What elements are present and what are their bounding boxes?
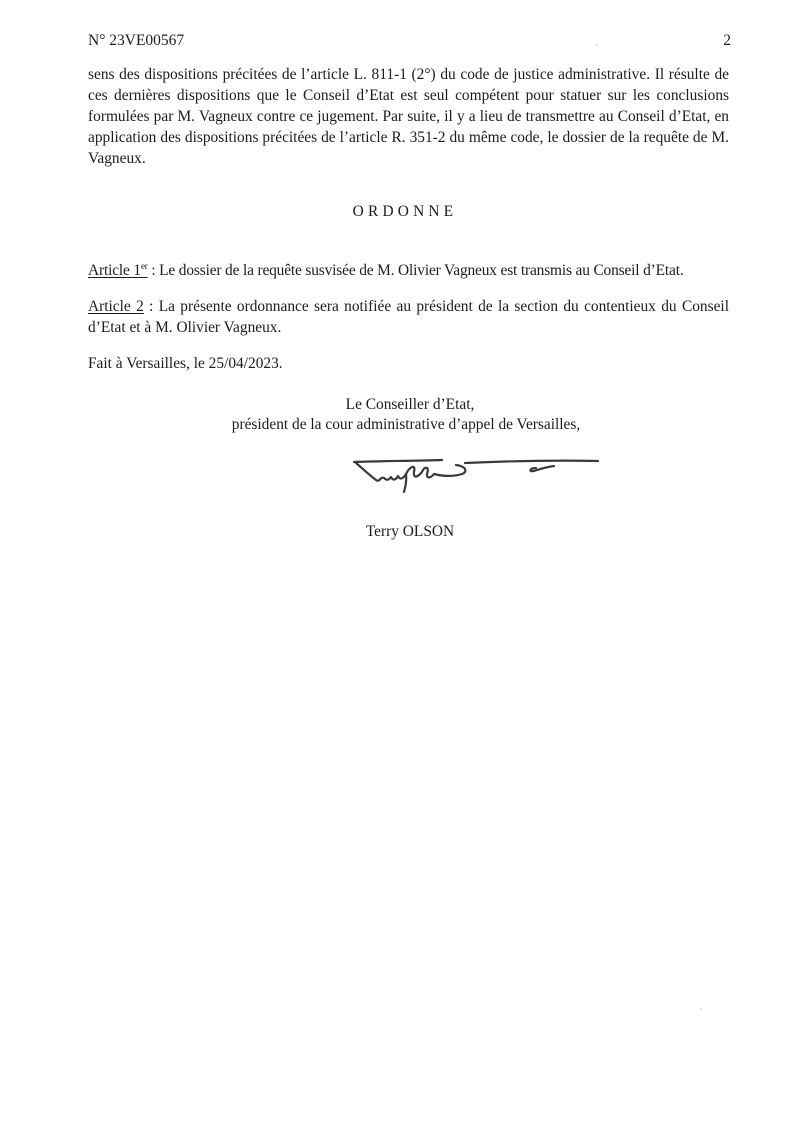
- signatory-title-line-1: Le Conseiller d’Etat,: [0, 395, 810, 415]
- intro-paragraph: sens des dispositions précitées de l’art…: [88, 64, 729, 169]
- document-page: N° 23VE00567 2 sens des dispositions pré…: [0, 0, 810, 1145]
- page-number: 2: [723, 32, 731, 50]
- handwritten-signature-icon: [350, 452, 610, 502]
- signatory-name: Terry OLSON: [0, 523, 810, 541]
- article-2-text: La présente ordonnance sera notifiée au …: [88, 298, 729, 336]
- signatory-title: Le Conseiller d’Etat, président de la co…: [0, 395, 810, 435]
- section-title: ORDONNE: [0, 203, 810, 221]
- article-1-text: Le dossier de la requête susvisée de M. …: [159, 262, 683, 279]
- article-1-label: Article 1er: [88, 262, 148, 279]
- signatory-title-line-2: président de la cour administrative d’ap…: [0, 415, 810, 435]
- case-reference: N° 23VE00567: [88, 32, 184, 50]
- page-header: N° 23VE00567 2: [88, 32, 731, 52]
- article-1: Article 1er : Le dossier de la requête s…: [88, 260, 729, 281]
- article-2: Article 2 : La présente ordonnance sera …: [88, 296, 729, 338]
- article-2-label: Article 2: [88, 298, 144, 315]
- place-date: Fait à Versailles, le 25/04/2023.: [88, 353, 729, 374]
- scan-speck: [596, 44, 598, 46]
- scan-speck: [700, 1008, 702, 1010]
